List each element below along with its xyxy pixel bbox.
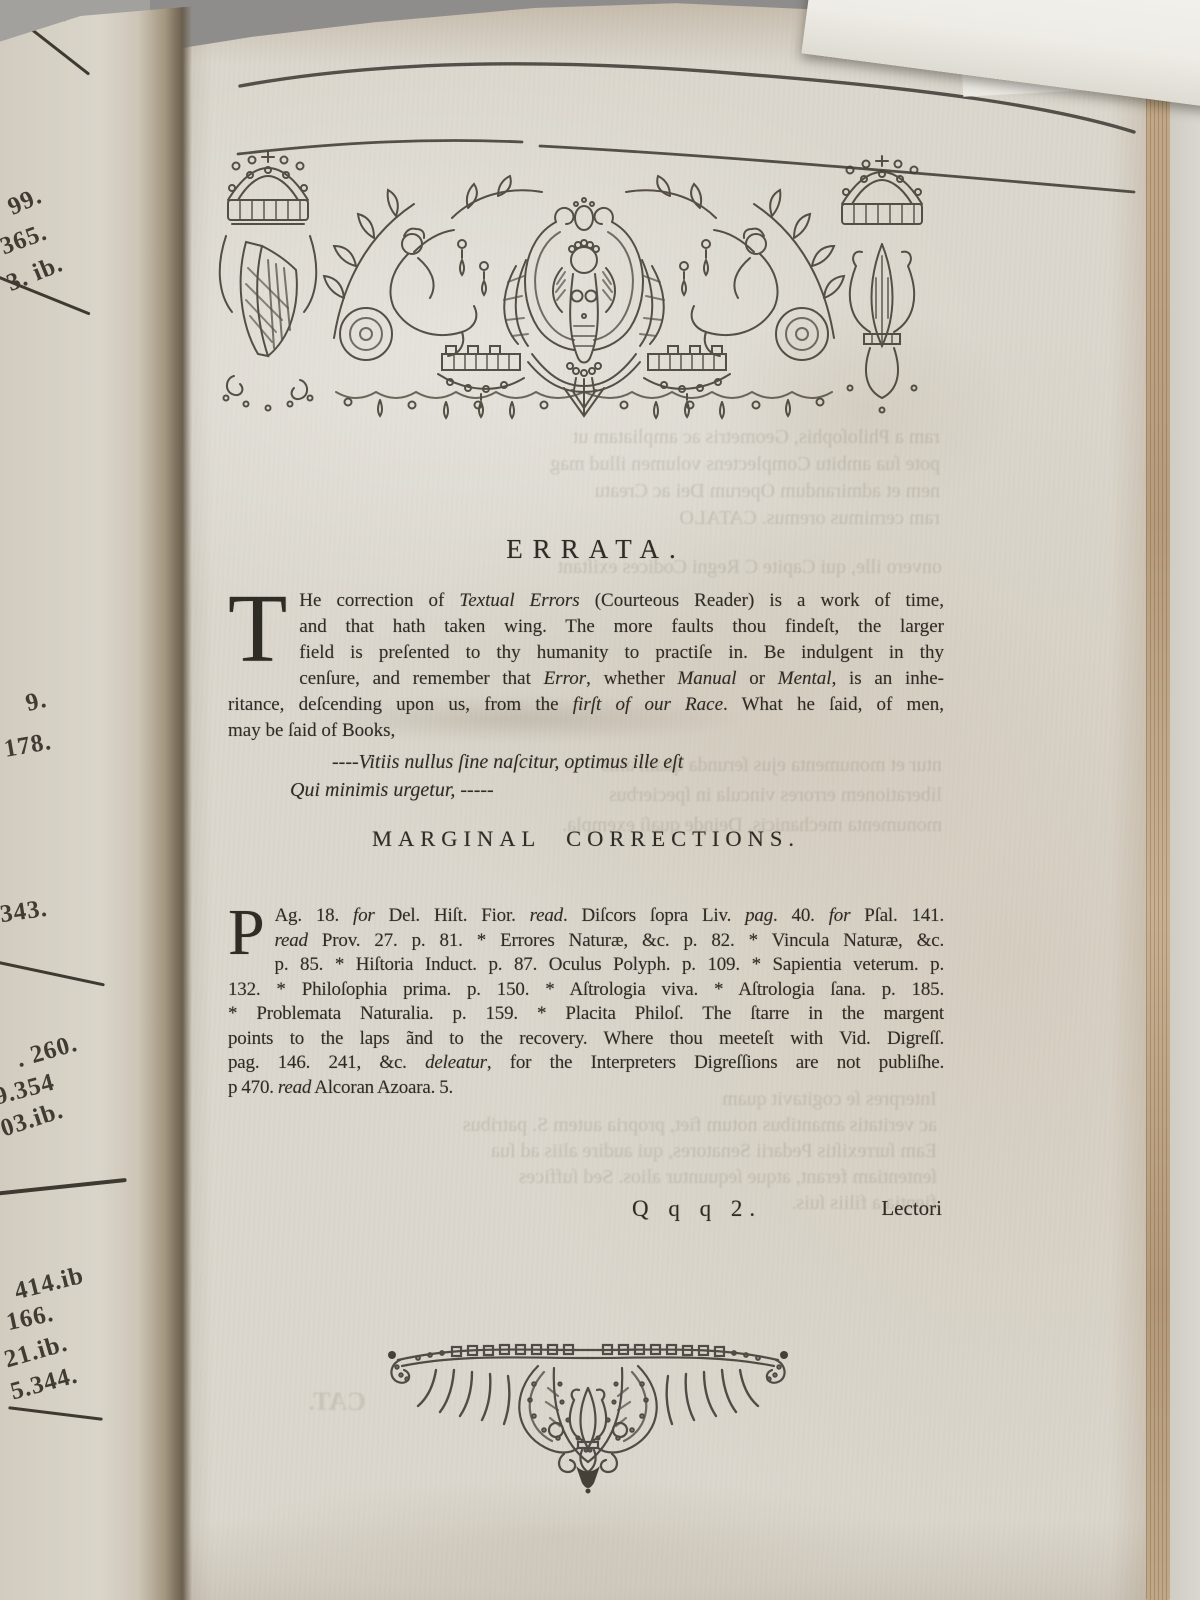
adjacent-page-text-fragment: 99. (4, 182, 47, 222)
errata-heading: ERRATA. (228, 534, 954, 565)
tailpiece-ornament (388, 1336, 788, 1494)
book-page: ram a Philoſophis, Geometris ac ampliata… (152, 0, 1160, 1600)
adjacent-page-text-fragment: . 260. (13, 1030, 81, 1074)
text-line: and that hath taken wing. The more fault… (299, 614, 944, 640)
paper-stain (212, 1480, 912, 1590)
text-line: points to the laps ãnd to the recovery. … (228, 1027, 944, 1052)
bleedthrough-line: ram cernimus oremus. CATALO (290, 505, 940, 532)
crown-fleur-panel (842, 156, 922, 413)
adjacent-page-rule (8, 1406, 103, 1421)
catchword: Lectori (881, 1196, 942, 1221)
text-line: cenſure, and remember that Error, whethe… (299, 666, 944, 692)
adjacent-page-text-fragment: 178. (2, 728, 54, 764)
adjacent-page-rule (0, 957, 105, 987)
crown-harp-panel (220, 152, 317, 411)
text-line: Qui minimis urgetur, ----- (228, 776, 944, 804)
bleedthrough-line: nem et admirandum Operum Dei ac Creatu (290, 478, 940, 505)
text-line: may be ſaid of Books, (228, 718, 944, 744)
headpiece-half (324, 176, 584, 418)
bleedthrough-line: ram a Philoſophis, Geometris ac ampliata… (290, 424, 940, 451)
gathering-signature: Q q q 2. (632, 1196, 762, 1222)
text-line: He correction of Textual Errors (Courteo… (299, 588, 944, 614)
drop-cap-T: T (228, 592, 287, 668)
bleedthrough-line: Eam ſurrexiſtis Pedarii Senatores, qui a… (247, 1138, 937, 1164)
adjacent-page-text-fragment: 9. (23, 686, 50, 718)
bleedthrough-block: ram a Philoſophis, Geometris ac ampliata… (290, 424, 940, 532)
text-line: p 470. read Alcoran Azoara. 5. (228, 1076, 944, 1101)
adjacent-page-text-fragment: 343. (0, 895, 49, 929)
marginal-corrections-heading: MARGINAL CORRECTIONS. (228, 826, 944, 852)
text-line: read Prov. 27. p. 81. * Errores Naturæ, … (275, 929, 944, 954)
bleedthrough-line: CAT. (236, 1388, 366, 1415)
marginal-corrections-paragraph: P Ag. 18. for Del. Hiſt. Fior. read. Diſ… (228, 904, 944, 1100)
bleedthrough-line: ac veritatis amantibus notum fiet, propr… (247, 1112, 937, 1138)
tailpiece-center (570, 1388, 606, 1494)
latin-verse: ----Vitiis nullus ſine naſcitur, optimus… (228, 748, 944, 804)
headpiece-ornament (216, 148, 934, 420)
text-line: * Problemata Naturalia. p. 159. * Placit… (228, 1002, 944, 1027)
adjacent-page-edge: 99.365.3. ib.9.178.343.. 260.9.35403.ib.… (0, 0, 192, 1600)
signature-line: Q q q 2. Lectori (228, 1196, 944, 1226)
fore-edge-stain (1146, 64, 1170, 1600)
drop-cap-P: P (228, 907, 265, 957)
bleedthrough-block: CAT. (236, 1388, 366, 1415)
text-line: pag. 146. 241, &c. deleatur, for the Int… (228, 1051, 944, 1076)
errata-paragraph: T He correction of Textual Errors (Court… (228, 588, 944, 744)
adjacent-page-rule (0, 1178, 127, 1198)
text-line: 132. * Philoſophia prima. p. 150. * Aſtr… (228, 978, 944, 1003)
tailpiece-half (388, 1345, 588, 1472)
text-line: ritance, deſcending upon us, from the fi… (228, 692, 944, 718)
text-line: Ag. 18. for Del. Hiſt. Fior. read. Diſco… (275, 904, 944, 929)
underlying-page-edge (1168, 70, 1200, 1600)
text-line: p. 85. * Hiſtoria Induct. p. 87. Oculus … (275, 953, 944, 978)
text-line: field is preſented to thy humanity to pr… (299, 640, 944, 666)
bleedthrough-line: pote ſua ambitu Complectens volumen illu… (290, 451, 940, 478)
text-line: ----Vitiis nullus ſine naſcitur, optimus… (228, 748, 944, 776)
bleedthrough-line: ſententiam ferant, atque ſequuntur alios… (247, 1164, 937, 1190)
